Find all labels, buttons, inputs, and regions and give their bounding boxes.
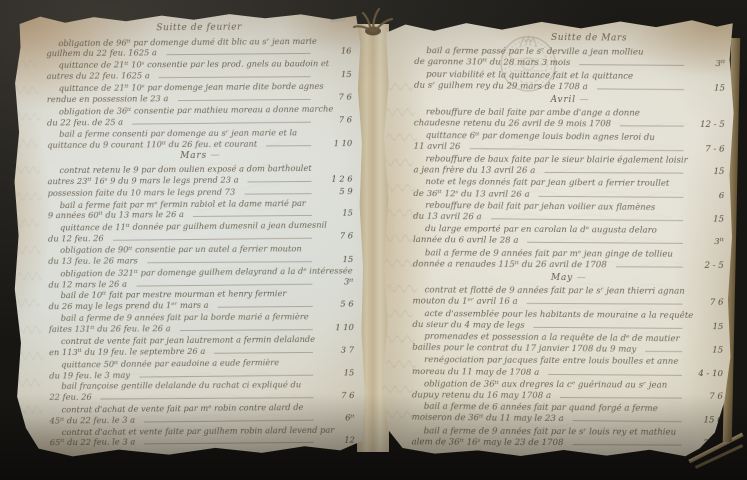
- register-entry: renégociation par jacques faite entre lo…: [412, 355, 724, 380]
- entry-amount: 2 - 5: [690, 261, 725, 272]
- register-entry: bail françoise gentille delalande du rac…: [49, 379, 355, 403]
- entry-amount: 5 9: [319, 186, 354, 197]
- entry-amount: 15 6: [689, 416, 724, 428]
- entry-amount: 7 6: [318, 114, 353, 125]
- entry-amount: 15: [689, 345, 724, 357]
- register-entry: contrat et flotté de 9 années fait par l…: [413, 286, 725, 310]
- register-entry: quittance 50ᵗᵗ donnée par eaudoine a eud…: [49, 356, 355, 381]
- register-entry: bail a ferme de 6 années fait par quand …: [412, 402, 724, 427]
- register-entry: bail a ferme consenti par domenge au sʳ …: [47, 126, 353, 150]
- entry-amount: 3ᵗᵗ: [691, 59, 726, 70]
- fill-rule: [218, 306, 313, 308]
- fill-rule: [193, 215, 312, 217]
- entry-amount: 7 6: [318, 91, 353, 102]
- entry-line: de garonne 310ᵗᵗ du 28 mars 3 mois3ᵗᵗ: [414, 57, 726, 70]
- fill-rule: [159, 76, 311, 78]
- entry-line: autres 23ᵗᵗ 16ˢ 9 du 9 mars le legs pren…: [47, 173, 353, 187]
- fill-rule: [101, 397, 314, 399]
- fill-rule: [144, 419, 314, 422]
- entry-amount: 3ᵗᵗ: [319, 276, 354, 287]
- fill-rule: [579, 65, 684, 67]
- fill-rule: [139, 374, 313, 377]
- register-entry: du large emporté par en carolan la dᵉ au…: [413, 224, 725, 249]
- fill-rule: [491, 218, 683, 221]
- fill-rule: [527, 242, 683, 244]
- fill-rule: [616, 266, 683, 267]
- entry-line: en 113ᵗᵗ du 19 feu. le septembre 26 a3 7: [49, 344, 355, 358]
- entry-line: 11 avril 267 - 6: [414, 141, 726, 155]
- fill-rule: [132, 121, 311, 124]
- binding-thread-icon: [349, 0, 397, 40]
- left-page-register: Suitte de feurier obligation de 96ᵗᵗ par…: [46, 21, 356, 452]
- register-entry: rebouffure de bail faite par ambe d'ange…: [414, 108, 726, 132]
- register-entry: contrat d'achat et vente faite par guilh…: [50, 424, 356, 448]
- entry-amount: 1 2 6: [318, 173, 353, 184]
- fill-rule: [539, 196, 684, 198]
- entry-amount: 1 10: [320, 322, 355, 333]
- entry-line: quittance du 9 courant 110ᵗᵗ du 26 feu. …: [47, 137, 353, 150]
- register-entry: pour viabilité et la quittance fait et l…: [414, 69, 726, 94]
- register-entry: acte d'assemblée pour les habitants de m…: [412, 309, 724, 334]
- fill-rule: [147, 261, 312, 263]
- entry-amount: 16: [317, 46, 352, 57]
- register-entry: rebouffure de baux faite par le sieur bl…: [413, 154, 725, 178]
- page-header: Suitte de Mars: [502, 33, 677, 45]
- entry-line: donnée a renaudes 115ᵗᵗ du 26 avril de 1…: [413, 259, 725, 272]
- register-entry: obligation de 36ᵗᵗ aux dregres la cᵉ gué…: [412, 379, 724, 403]
- entry-amount: 15: [689, 322, 724, 333]
- register-entry: quittance de 21ᵗᵗ 10ˢ consentie par les …: [47, 58, 353, 82]
- entry-amount: 15: [318, 69, 353, 80]
- register-entry: obligation de 321ᵗᵗ par domenge guilhem …: [48, 265, 354, 290]
- section-header: May: [413, 272, 725, 285]
- entry-amount: 15: [320, 366, 355, 377]
- fill-rule: [180, 329, 313, 331]
- fill-rule: [534, 327, 683, 329]
- fill-rule: [573, 421, 682, 423]
- fill-rule: [266, 144, 311, 145]
- entry-line: autres du 22 feu. 1625 a15: [47, 69, 353, 82]
- entry-line: moiseron de 36ᵗᵗ du 11 may le 23 a15 6: [412, 413, 724, 427]
- entry-amount: 4 - 10: [689, 369, 724, 380]
- entry-amount: 15: [319, 254, 354, 265]
- fill-rule: [620, 126, 684, 127]
- fill-rule: [177, 99, 310, 101]
- register-entry: bail a ferme passé par le sʳ derville a …: [414, 46, 726, 71]
- fill-rule: [144, 442, 314, 444]
- register-entry: bail a ferme de 9 années fait par mᵉ jea…: [413, 248, 725, 272]
- fill-rule: [560, 397, 682, 399]
- register-entry: quittance 6ᵗᵗ par domenge louis bodin ag…: [414, 130, 726, 155]
- entry-amount: 12 - 5: [691, 120, 726, 131]
- entry-line: 65ᵗᵗ du 22 feu. le 3 a12: [50, 435, 356, 449]
- entry-line: du 22 feu. de 25 a7 6: [47, 114, 353, 128]
- entry-amount: 3 7: [320, 344, 355, 355]
- fill-rule: [166, 53, 310, 55]
- fill-rule: [470, 148, 684, 151]
- fill-rule: [597, 88, 684, 90]
- fill-rule: [544, 172, 683, 174]
- register-entry: bail a ferme de 9 années fait par le sʳ …: [412, 426, 724, 450]
- entry-line: de 36ᵗᵗ 12ˢ du 13 avril 26 a6: [413, 189, 725, 202]
- register-entry: quittance de 11ᵗᵗ donnée par guilhem dum…: [48, 220, 354, 245]
- register-entry: obligation de 36ᵗᵗ consentie par mathieu…: [47, 103, 353, 128]
- entry-amount: 7 6: [689, 392, 724, 403]
- fill-rule: [572, 444, 681, 446]
- right-page: Suitte de Mars bail a ferme passé par le…: [377, 13, 738, 459]
- entry-line: alem de 36ᵗᵗ 16ˢ may le 23 de 17087 - 6: [412, 437, 724, 450]
- left-page: 680 Suitte de feurier obligation de 96ᵗᵗ…: [8, 8, 369, 459]
- fill-rule: [548, 374, 682, 376]
- entry-line: du 13 feu. le 26 mars15: [48, 254, 354, 267]
- fill-rule: [645, 351, 682, 352]
- section-header: Mars: [47, 150, 353, 163]
- register-entry: promenades et possession a la requête de…: [412, 332, 724, 357]
- register-entry: contrat d'achat de vente fait par mᵉ rob…: [49, 401, 355, 426]
- entry-line: du sʳ guilhem rey du 29 mars de 1708 a15: [414, 80, 726, 94]
- register-entry: obligation de 96ᵗᵗ par domenge dumé dit …: [46, 35, 352, 59]
- register-entry: obligation de 90ᵗᵗ consentie par un aute…: [48, 243, 354, 267]
- section-header: Avril: [414, 94, 726, 107]
- entry-amount: 12: [321, 435, 356, 446]
- entry-amount: 3ᵗᵗ: [690, 237, 725, 248]
- ink-bleed-through: [11, 53, 48, 433]
- register-entry: possession faite du 10 mars le legs pren…: [48, 186, 354, 199]
- entry-line: chaudesne retenu du 26 avril de 9 mois 1…: [414, 119, 726, 132]
- entry-amount: 1 10: [318, 137, 353, 148]
- page-header: Suitte de feurier: [46, 22, 352, 35]
- fill-rule: [113, 238, 312, 241]
- register-entry: quittance de 21ᵗᵗ 10ˢ par domenge jean m…: [47, 81, 353, 105]
- fill-rule: [248, 181, 312, 183]
- entry-line: a jean frère du 13 avril 26 a15: [413, 166, 725, 179]
- entry-amount: 7 6: [320, 390, 355, 401]
- fill-rule: [527, 303, 683, 305]
- entry-amount: 15: [319, 208, 354, 219]
- register-entry: bail a ferme de 9 années fait par la bor…: [49, 311, 355, 335]
- entry-amount: 15: [690, 167, 725, 178]
- register-entry: bail a ferme fait par mᵉ fermin rabiol e…: [48, 197, 354, 221]
- manuscript-photograph: 680 Suitte de feurier obligation de 96ᵗᵗ…: [0, 0, 747, 480]
- entry-amount: 5 6: [320, 299, 355, 310]
- entry-amount: 7 - 6: [691, 144, 726, 156]
- register-entry: contrat retenu le 9 par dom oulien expos…: [47, 162, 353, 186]
- entry-line: mouton du 1ᵉʳ avril 16 a7 6: [413, 297, 725, 310]
- register-entry: note et legs donnés fait par jean gibert…: [413, 177, 725, 202]
- entry-amount: 7 6: [319, 230, 354, 241]
- entry-line: lannée du 6 avril le 28 a3ᵗᵗ: [413, 235, 725, 248]
- entry-line: moreau du 11 may de 1708 a4 - 10: [412, 367, 724, 380]
- register-entry: rebouffure de bail fait par jehan voilie…: [413, 200, 725, 225]
- entry-line: faites 131ᵗᵗ du 26 feu. le 26 a1 10: [49, 322, 355, 335]
- right-page-register: Suitte de Mars bail a ferme passé par le…: [412, 31, 727, 451]
- fill-rule: [214, 351, 313, 353]
- entry-amount: 15: [691, 83, 726, 95]
- fill-rule: [244, 193, 311, 194]
- fill-rule: [136, 283, 312, 286]
- entry-amount: 15: [690, 214, 725, 226]
- entry-amount: 6: [690, 191, 725, 202]
- register-entry: bail de 10ᵗᵗ fait par mestre mourman et …: [48, 288, 354, 312]
- register-entry: contrat de vente fait par jean lautremon…: [49, 333, 355, 357]
- entry-amount: 7 6: [690, 298, 725, 309]
- entry-line: possession faite du 10 mars le legs pren…: [48, 186, 354, 199]
- entry-amount: 6ᵗᵗ: [321, 412, 356, 423]
